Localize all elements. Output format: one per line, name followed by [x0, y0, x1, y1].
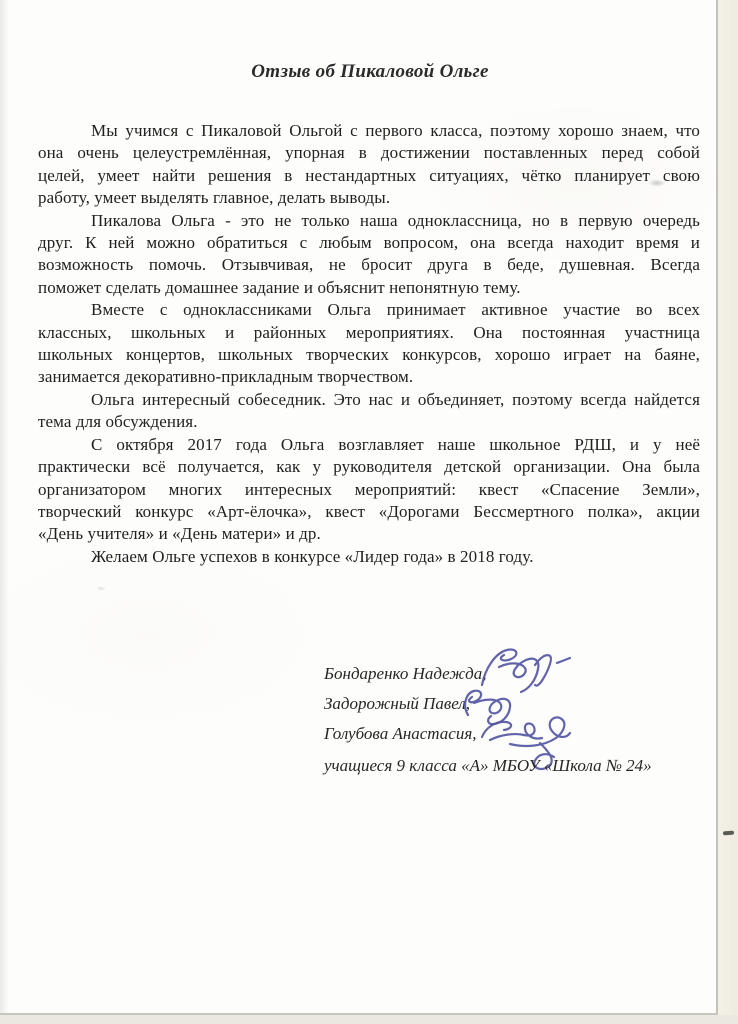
- paragraph-line: Ольга интересный собеседник. Это нас и о…: [38, 389, 700, 411]
- signer-row: Голубова Анастасия,: [324, 719, 704, 749]
- paragraph: Пикалова Ольга - это не только наша одно…: [38, 210, 700, 300]
- closing-line: учащиеся 9 класса «А» МБОУ «Школа № 24»: [324, 751, 704, 781]
- paragraph-line: целей, умеет найти решения в нестандартн…: [38, 165, 700, 187]
- scan-edge-mark: [723, 831, 734, 836]
- paragraph-line: С октября 2017 года Ольга возглавляет на…: [38, 434, 700, 456]
- paragraph: Желаем Ольге успехов в конкурсе «Лидер г…: [38, 546, 700, 568]
- scan-bottom-edge-strip: [0, 1015, 738, 1024]
- paragraph-line: занимается декоративно-прикладным творче…: [38, 366, 700, 388]
- signature-block: Бондаренко Надежда, Задорожный Павел, Го…: [324, 659, 704, 781]
- paragraph-line: возможность помочь. Отзывчивая, не броси…: [38, 254, 700, 276]
- paragraph-line: «День учителя» и «День матери» и др.: [38, 523, 700, 545]
- paragraph: Мы учимся с Пикаловой Ольгой с первого к…: [38, 120, 700, 210]
- paragraph-line: Мы учимся с Пикаловой Ольгой с первого к…: [38, 120, 700, 142]
- scan-right-edge-strip: [718, 0, 738, 1015]
- paragraph-line: друг. К ней можно обратиться с любым воп…: [38, 232, 700, 254]
- scan-smudge: [96, 586, 106, 591]
- scan-left-edge-shade: [0, 0, 9, 1014]
- signer-name: Голубова Анастасия,: [324, 724, 477, 743]
- signer-name: Задорожный Павел,: [324, 694, 470, 713]
- document-body: Мы учимся с Пикаловой Ольгой с первого к…: [38, 120, 700, 568]
- paragraph-line: работу, умеет выделять главное, делать в…: [38, 187, 700, 209]
- signer-name: Бондаренко Надежда,: [324, 664, 486, 683]
- paragraph-line: классных, школьных и районных мероприяти…: [38, 322, 700, 344]
- scanned-document-page: Отзыв об Пикаловой Ольге Мы учимся с Пик…: [0, 0, 738, 1024]
- paragraph-line: практически всё получается, как у руково…: [38, 456, 700, 478]
- paragraph-line: Желаем Ольге успехов в конкурсе «Лидер г…: [38, 546, 700, 568]
- paragraph-line: тема для обсуждения.: [38, 411, 700, 433]
- paragraph-line: Вместе с одноклассниками Ольга принимает…: [38, 299, 700, 321]
- paragraph-line: творческий конкурс «Арт-ёлочка», квест «…: [38, 501, 700, 523]
- paragraph-line: поможет сделать домашнее задание и объяс…: [38, 277, 700, 299]
- paragraph-line: школьных концертов, школьных творческих …: [38, 344, 700, 366]
- paragraph: С октября 2017 года Ольга возглавляет на…: [38, 434, 700, 546]
- paragraph: Ольга интересный собеседник. Это нас и о…: [38, 389, 700, 434]
- scan-smudge: [648, 179, 666, 187]
- paragraph: Вместе с одноклассниками Ольга принимает…: [38, 299, 700, 389]
- paragraph-line: организатором многих интересных мероприя…: [38, 479, 700, 501]
- page-title: Отзыв об Пикаловой Ольге: [40, 61, 700, 83]
- paragraph-line: Пикалова Ольга - это не только наша одно…: [38, 210, 700, 232]
- paragraph-line: она очень целеустремлённая, упорная в до…: [38, 142, 700, 164]
